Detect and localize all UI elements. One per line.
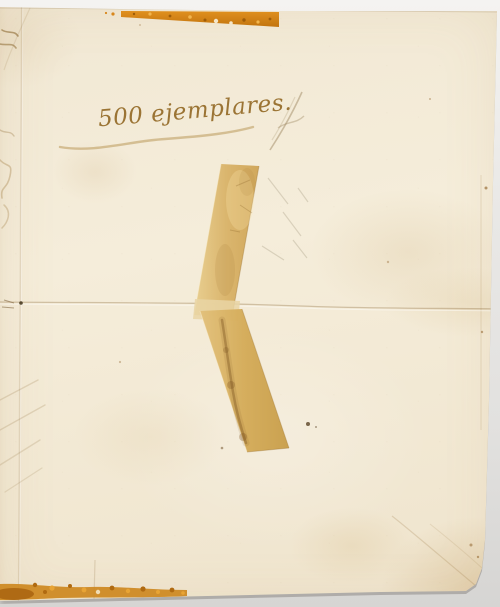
paper-top-edge — [0, 8, 497, 12]
ink-showthrough-left — [0, 30, 45, 492]
tape-strip-lower — [200, 309, 289, 452]
photo-backdrop: 500 ejemplares. — [0, 0, 500, 607]
inscription-text: 500 ejemplares. — [97, 90, 293, 133]
document-detail-layer: 500 ejemplares. — [0, 0, 500, 607]
inscription-group: 500 ejemplares. — [97, 90, 293, 133]
underline-flourish — [60, 127, 253, 149]
adhesive-residue-top — [105, 11, 279, 27]
document-sheet: 500 ejemplares. — [0, 0, 500, 607]
corner-crease-bottom-right — [392, 516, 482, 586]
tape-strip-upper — [194, 164, 259, 317]
corner-crease-top-left — [4, 8, 30, 70]
fold-crease-horizontal — [0, 302, 500, 311]
pencil-scribbles — [262, 178, 308, 260]
